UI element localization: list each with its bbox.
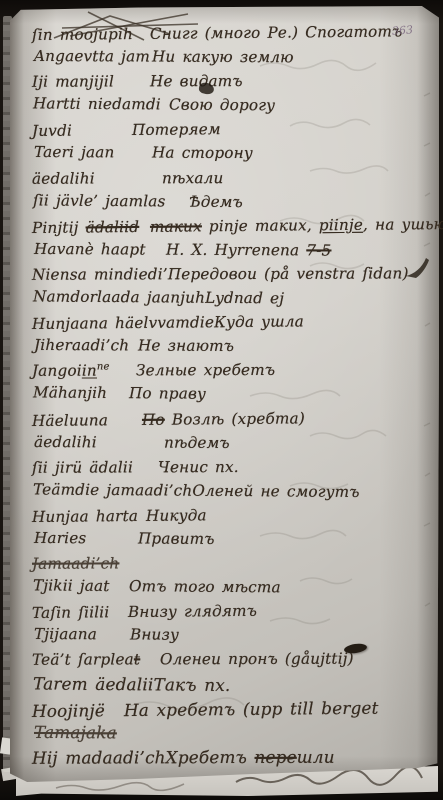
source-word: Tarem äedalii [33,673,154,694]
text-segment: Оленеи пронъ (gåujttij) [160,650,354,669]
text-segment: äedalihi [32,169,95,187]
text-segment: Отъ того мѣста [129,577,281,596]
text-segment: , на ушью [363,215,443,234]
text-segment: ne [97,362,110,373]
text-segment: Никуда [146,506,207,525]
manuscript-line: Tamajaka [34,722,443,748]
text-segment: Teämdie jamaadi’ch [33,480,192,499]
manuscript-line: Hunjaa hartaНикуда [32,504,441,532]
text-segment: t [134,651,140,669]
text-segment: Куда ушла [214,312,304,331]
text-segment: Hunjaana häelvvamdie [32,313,214,333]
manuscript-line: äedalihiпѣдемъ [34,433,443,459]
text-segment: таких [150,217,202,235]
text-segment: piinje [319,216,363,234]
manuscript-line: Jamaadi’ch [32,553,441,579]
text-segment: Не видатъ [150,72,243,90]
source-word: Namdorlaada jaanjuh [33,287,205,306]
text-segment: Juvdi [32,122,72,140]
manuscript-line: ſii jävle’ jaamlasѢдемъ [33,191,442,218]
manuscript-line: Pinjtij ädaliidтаких pinje таких, piinje… [32,215,441,243]
gloss-text: Внизу глядятъ [128,602,257,621]
text-segment: Teä’t ſarplea [32,651,134,669]
text-segment: Внизу глядятъ [128,602,257,621]
gloss-text: На хребетъ (upp till berget [124,697,379,719]
source-word: Havanè haapt [34,240,166,259]
text-segment: Н. Х. Hyrrenenа [166,240,306,259]
text-segment: Потеряем [132,121,221,140]
gloss-text: Не видатъ [150,72,243,90]
gloss-text: Потеряем [132,121,221,140]
manuscript-line: Niensa mindiedi’Передовои (på venstra ſi… [32,264,441,290]
gloss-text: Куда ушла [214,312,304,331]
text-segment: Не знаютъ [138,337,234,356]
text-segment: Häeluuna [32,411,108,430]
source-word: Pinjtij ädaliid [32,218,150,237]
text-segment: Tarem äedalii [33,673,154,694]
gloss-text: Хребетъ перешли [166,746,335,767]
text-segment: Внизу [130,626,179,644]
vocabulary-list: ſin moojupihСнигг (много Ре.) СпогатотъA… [32,24,441,771]
text-segment: пере [254,747,296,767]
text-segment: шли [297,746,335,766]
source-word: Haries [34,529,138,548]
source-word: ſii jävle’ jaamlas [33,191,189,210]
source-word: Niensa mindiedi’ [32,265,168,283]
gloss-text: Ѣдемъ [189,192,243,210]
manuscript-line: MähanjihПо праву [33,384,442,411]
source-word: Jamaadi’ch [32,554,136,572]
source-word: Hoojinjë [32,700,124,721]
text-segment: Lydnad ej [205,289,284,308]
crossed-out-scribble-icon [48,4,228,52]
gloss-text: Внизу [130,626,179,644]
text-segment: Зелные хребетъ [136,361,275,379]
text-segment: Оленей не смогутъ [192,481,359,500]
source-word: Teämdie jamaadi’ch [33,480,192,499]
gloss-text: Зелные хребетъ [136,361,275,379]
source-word: Hunjaana häelvvamdie [32,313,214,333]
text-segment: По праву [129,385,206,404]
text-segment: Такъ пх. [153,674,230,695]
text-segment: Tamajaka [34,722,117,742]
source-word: Hartti niedamdi [33,95,169,114]
text-segment: По [142,410,165,428]
gloss-text: Не знаютъ [138,337,234,356]
source-word: äedalihi [34,433,164,452]
text-segment: Namdorlaada jaanjuh [33,287,205,306]
source-word: Teä’t ſarpleat [32,651,160,669]
text-segment: Jamaadi’ch [32,554,119,572]
manuscript-line: Taſin ſiiliiВнизу глядятъ [32,600,441,628]
source-word: Tjikii jaat [33,577,129,596]
gloss-text: пѣхали [162,169,224,187]
text-segment: 7-5 [306,241,331,259]
source-word: Tjijaana [34,625,130,644]
text-segment: Tjikii jaat [33,577,110,596]
source-word: Taſin ſiilii [32,603,128,622]
gloss-text: Lydnad ej [205,289,284,308]
manuscript-line: Hij madaadi’chХребетъ перешли [32,746,441,772]
text-segment: Mähanjih [33,384,107,403]
gloss-text: Ченис пх. [158,458,239,476]
source-word: Jangoiinne [32,362,136,380]
gloss-text: Н. Х. Hyrrenenа 7-5 [166,240,331,259]
text-segment: Свою дорогу [169,96,275,115]
source-word: ſii jirü ädalii [32,458,158,476]
manuscript-line: JuvdiПотеряем [32,118,441,146]
text-segment: in [82,362,97,380]
text-segment: На сторону [152,144,253,163]
text-segment: пѣдемъ [164,433,230,451]
source-word: Häeluuna [32,410,142,429]
manuscript-line: JangoiinneЗелные хребетъ [32,361,441,387]
text-segment: Taſin ſiilii [32,603,110,622]
text-segment: pinje таких, [202,216,319,235]
manuscript-line: Havanè haaptН. Х. Hyrrenenа 7-5 [34,240,443,266]
manuscript-line: Jiheraadi’chНе знаютъ [34,336,443,362]
text-segment: Jangoi [32,362,82,380]
gloss-text: Отъ того мѣста [129,577,281,596]
text-segment: На хребетъ (upp till berget [124,697,379,719]
text-segment: Хребетъ [166,747,255,767]
text-segment: ädaliid [86,218,140,237]
gloss-text: Передовои (på venstra ſidan) [168,264,409,283]
text-segment: Передовои (på venstra ſidan) [168,264,409,283]
manuscript-line: Taeri jaanНа сторону [34,143,443,169]
text-segment: Hij madaadi’ch [32,747,166,767]
source-word: Mähanjih [33,384,129,403]
text-segment: Ѣдемъ [189,192,243,210]
source-word: Juvdi [32,121,132,140]
text-segment: Hunjaa harta [32,507,138,526]
text-segment: пѣхали [162,169,224,187]
source-word: Hij madaadi’ch [32,747,166,767]
text-segment: ſii jävle’ jaamlas [33,191,166,210]
margin-check-mark-icon [402,256,432,286]
manuscript-line: Teä’t ſarpleatОленеи пронъ (gåujttij) [32,650,441,676]
manuscript-line: äedalihiпѣхали [32,168,441,194]
gloss-text: пѣдемъ [164,433,230,451]
text-segment: Tjijaana [34,625,97,643]
text-segment: Niensa mindiedi’ [32,265,168,283]
manuscript-line: TjijaanaВнизу [34,625,443,651]
manuscript-line: Iji manjijilНе видатъ [32,71,441,97]
source-word: Jiheraadi’ch [34,336,138,355]
page-number: 363 [392,23,414,37]
text-segment: Ченис пх. [158,458,239,476]
text-segment: Возлѣ (хребта) [165,409,305,428]
gloss-text: По Возлѣ (хребта) [142,409,305,429]
text-segment: Haries [34,529,86,547]
source-word: äedalihi [32,169,162,187]
manuscript-line: ſii jirü ädaliiЧенис пх. [32,457,441,483]
manuscript-line: Teämdie jamaadi’chОленей не смогутъ [33,480,442,507]
manuscript-line: HoojinjëНа хребетъ (upp till berget [32,697,441,725]
source-word: Tamajaka [34,722,134,743]
manuscript-line: Tarem äedaliiТакъ пх. [33,673,442,700]
text-segment: Pinjtij [32,218,86,237]
source-word: Hunjaa harta [32,507,146,526]
gloss-text: По праву [129,385,206,404]
manuscript-line: HariesПравитъ [34,529,443,555]
gloss-text: Свою дорогу [169,96,275,115]
text-segment: ſii jirü ädalii [32,458,133,476]
text-segment: Hartti niedamdi [33,95,161,114]
source-word: Iji manjijil [32,72,150,90]
manuscript-line: HäeluunaПо Возлѣ (хребта) [32,408,441,436]
source-word: Taeri jaan [34,143,152,162]
gloss-text: Такъ пх. [153,674,230,695]
text-segment: Taeri jaan [34,143,115,161]
manuscript-line: Hunjaana häelvvamdieКуда ушла [32,311,441,339]
gloss-text: Никуда [146,506,207,525]
gloss-text: таких pinje таких, piinje, на ушью [150,215,443,236]
gloss-text: Правитъ [138,529,215,547]
text-segment: Правитъ [138,529,215,547]
gloss-text: На сторону [152,144,253,163]
text-segment: Jiheraadi’ch [34,336,129,354]
text-segment: Havanè haapt [34,240,146,259]
text-segment: Hoojinjë [32,700,105,721]
gloss-text: Оленеи пронъ (gåujttij) [160,650,354,669]
gloss-text: Оленей не смогутъ [192,481,359,500]
text-segment: Iji manjijil [32,73,114,91]
photo-of-notebook-page: 363 ſin moojupihСнигг (много Ре.) Спогат… [0,0,443,800]
text-segment: äedalihi [34,433,97,451]
